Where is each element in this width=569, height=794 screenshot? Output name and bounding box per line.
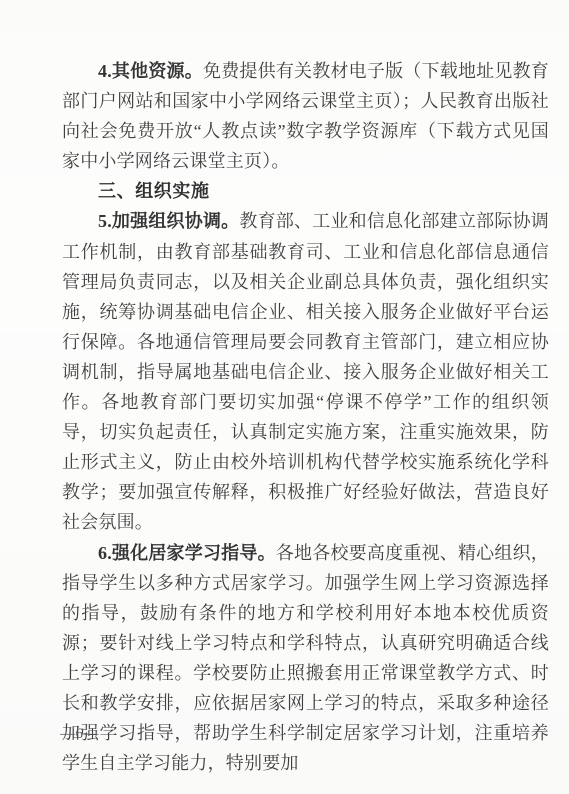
paragraph-other-resources: 4.其他资源。免费提供有关教材电子版（下载地址见教育部门户网站和国家中小学网络云… [62,56,549,176]
paragraph-org-coordination: 5.加强组织协调。教育部、工业和信息化部建立部际协调工作机制，由教育部基础教育司… [62,206,549,537]
paragraph-org-coordination-lead: 5.加强组织协调。 [98,211,239,231]
scanned-document-page: 4.其他资源。免费提供有关教材电子版（下载地址见教育部门户网站和国家中小学网络云… [0,0,569,794]
document-body: 4.其他资源。免费提供有关教材电子版（下载地址见教育部门户网站和国家中小学网络云… [62,56,549,778]
paragraph-home-learning-text: 各地各校要高度重视、精心组织，指导学生以多种方式居家学习。加强学生网上学习资源选… [62,543,549,774]
page-number: —6— [60,726,99,742]
paragraph-home-learning: 6.强化居家学习指导。各地各校要高度重视、精心组织，指导学生以多种方式居家学习。… [62,538,549,779]
paragraph-other-resources-lead: 4.其他资源。 [98,61,203,81]
section-heading-organization: 三、组织实施 [62,176,549,206]
paragraph-home-learning-lead: 6.强化居家学习指导。 [98,543,276,563]
paragraph-org-coordination-text: 教育部、工业和信息化部建立部际协调工作机制，由教育部基础教育司、工业和信息化部信… [62,211,549,532]
